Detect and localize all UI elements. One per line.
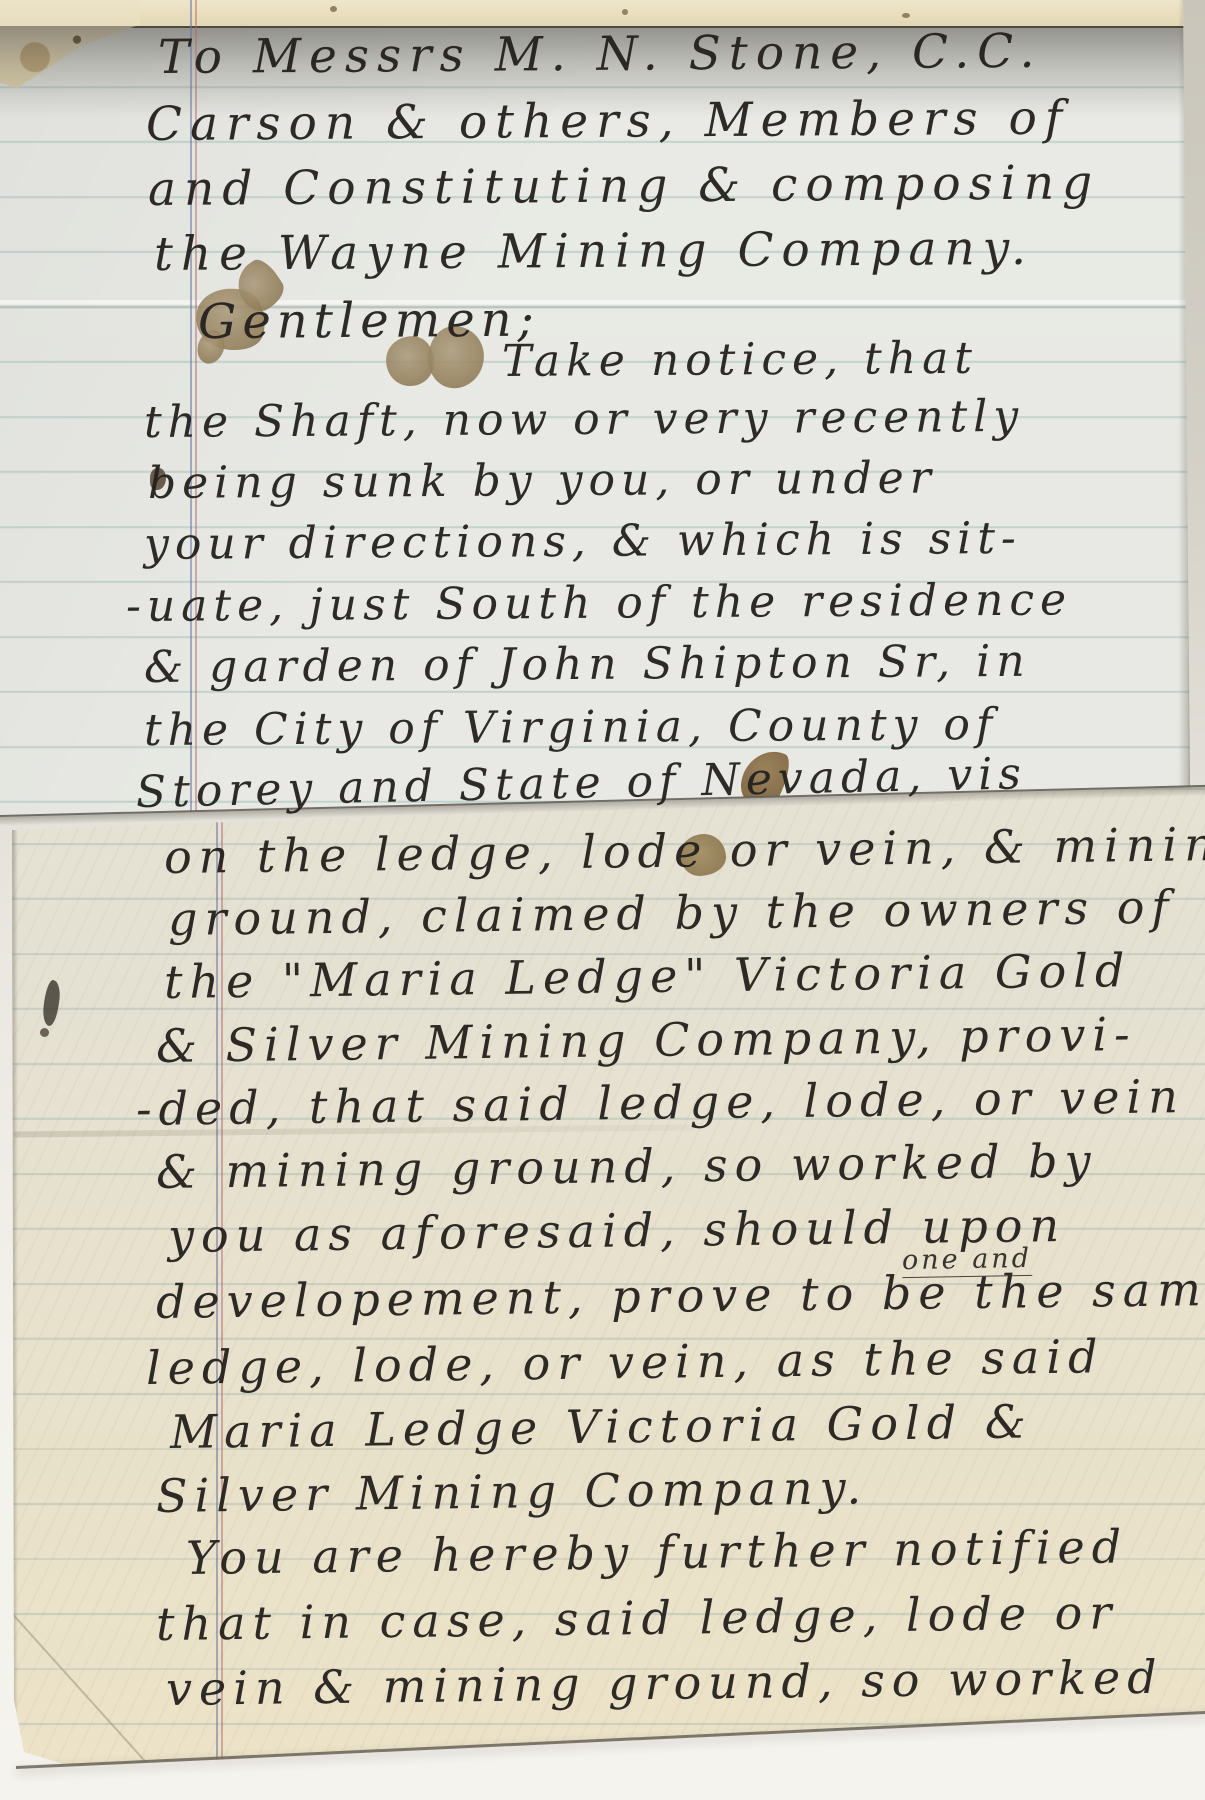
interlinear-insertion: one and — [902, 1243, 1033, 1278]
handwriting-line: To Messrs M. N. Stone, C.C. — [158, 24, 1043, 85]
handwriting-line: the "Maria Ledge" Victoria Gold — [164, 943, 1132, 1009]
handwriting-line: & garden of John Shipton Sr, in — [144, 636, 1031, 693]
handwriting-line: the Shaft, now or very recently — [144, 391, 1025, 448]
handwriting-line: that in case, said ledge, lode or — [156, 1585, 1119, 1651]
handwriting-lines: To Messrs M. N. Stone, C.C.Carson & othe… — [0, 0, 1205, 1800]
handwriting-line: Silver Mining Company. — [156, 1460, 869, 1523]
handwriting-line: the City of Virginia, County of — [144, 699, 999, 756]
handwriting-line: & Silver Mining Company, provi- — [156, 1007, 1137, 1073]
handwriting-line: ground, claimed by the owners of — [168, 880, 1176, 946]
handwriting-line: Maria Ledge Victoria Gold & — [170, 1394, 1033, 1459]
handwriting-line: being sunk by you, or under — [148, 452, 937, 509]
handwriting-line: and Constituting & composing — [148, 155, 1100, 217]
handwriting-line: vein & mining ground, so worked — [166, 1650, 1164, 1716]
handwriting-line: You are hereby further notified — [186, 1519, 1129, 1585]
handwriting-line: developement, prove to be the same — [156, 1262, 1205, 1329]
handwriting-line: your directions, & which is sit- — [144, 513, 1022, 570]
handwriting-line: Carson & others, Members of — [146, 91, 1071, 152]
handwriting-line: Storey and State of Nevada, vis — [135, 748, 1027, 818]
handwriting-line: -ded, that said ledge, lode, or vein — [136, 1069, 1185, 1136]
handwriting-line: -uate, just South of the residence — [126, 574, 1072, 632]
handwriting-line: & mining ground, so worked by — [156, 1133, 1098, 1198]
handwriting-line: Take notice, that — [502, 333, 978, 387]
handwriting-line: ledge, lode, or vein, as the said — [146, 1329, 1105, 1395]
handwriting-line: on the ledge, lode or vein, & mining — [164, 817, 1205, 884]
handwriting-line: Gentlemen; — [198, 292, 540, 350]
handwriting-line: the Wayne Mining Company. — [154, 221, 1034, 282]
document-photo: To Messrs M. N. Stone, C.C.Carson & othe… — [0, 0, 1205, 1800]
